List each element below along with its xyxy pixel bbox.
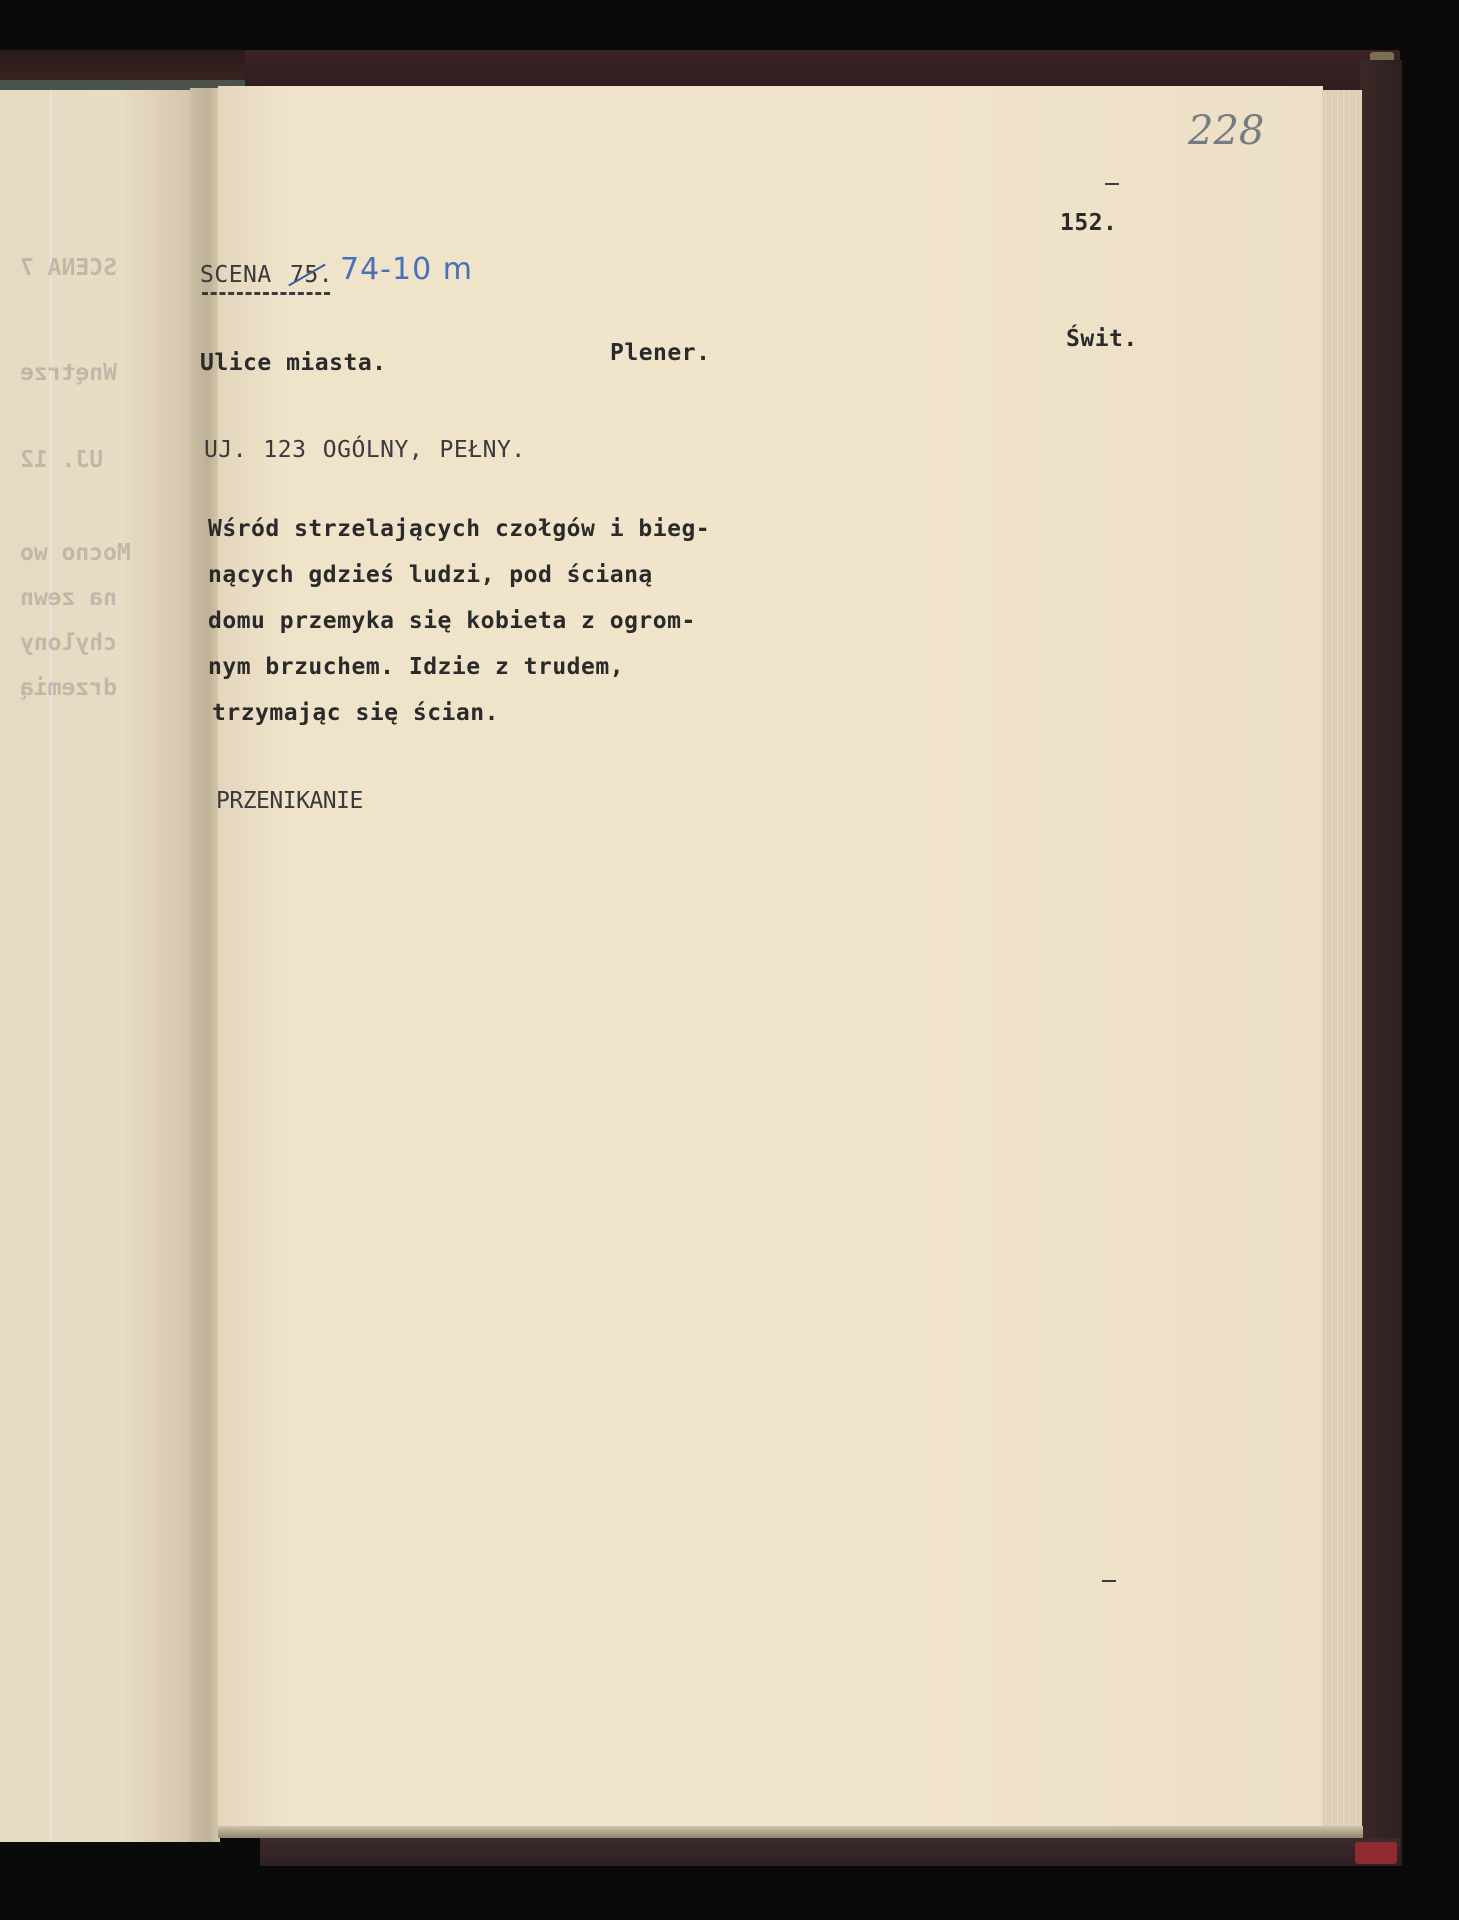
typed-dash-mark	[1105, 183, 1119, 185]
scene-time-of-day: Świt.	[1066, 326, 1138, 352]
description-line: Wśród strzelających czołgów i bieg-	[208, 516, 710, 542]
shot-description: UJ. 123 OGÓLNY, PEŁNY.	[204, 437, 526, 463]
bleed-line: drzemią	[20, 675, 117, 701]
scene-label: SCENA	[200, 262, 272, 288]
bleed-line: SCENA 7	[20, 255, 117, 281]
description-line: trzymając się ścian.	[212, 700, 499, 726]
description-line: nących gdzieś ludzi, pod ścianą	[208, 562, 653, 588]
scanned-book-spread: SCENA 7 Wnętrze UJ. 12 Mocno wo na zewn …	[0, 0, 1459, 1920]
scene-original-number: 75.	[290, 262, 333, 288]
page-stack-fore-edge	[1322, 90, 1362, 1835]
description-line: nym brzuchem. Idzie z trudem,	[208, 654, 624, 680]
left-page	[0, 90, 218, 1842]
bleed-line: UJ. 12	[20, 447, 103, 473]
cover-bottom	[260, 1838, 1400, 1866]
handwritten-scene-correction: 74-10 m	[340, 252, 473, 287]
bleed-line: na zewn	[20, 585, 117, 611]
bleed-line: chylony	[20, 630, 117, 656]
transition-cue: PRZENIKANIE	[216, 788, 363, 814]
typed-dash-mark	[1102, 1580, 1116, 1582]
left-page-crease	[50, 90, 52, 1842]
description-line: domu przemyka się kobieta z ogrom-	[208, 608, 696, 634]
right-page	[218, 86, 1323, 1836]
cover-corner-bottom	[1355, 1842, 1397, 1864]
cover-top-right	[245, 50, 1400, 90]
scene-heading-underline	[202, 292, 330, 295]
pencil-folio-number: 228	[1188, 108, 1264, 154]
scene-setting: Plener.	[610, 340, 710, 366]
page-number: 152.	[1060, 210, 1117, 236]
bleed-line: Wnętrze	[20, 360, 117, 386]
cover-right-edge	[1360, 60, 1402, 1865]
page-stack-bottom-edge	[218, 1826, 1363, 1838]
bleed-line: Mocno wo	[20, 540, 131, 566]
scene-location: Ulice miasta.	[200, 350, 387, 376]
